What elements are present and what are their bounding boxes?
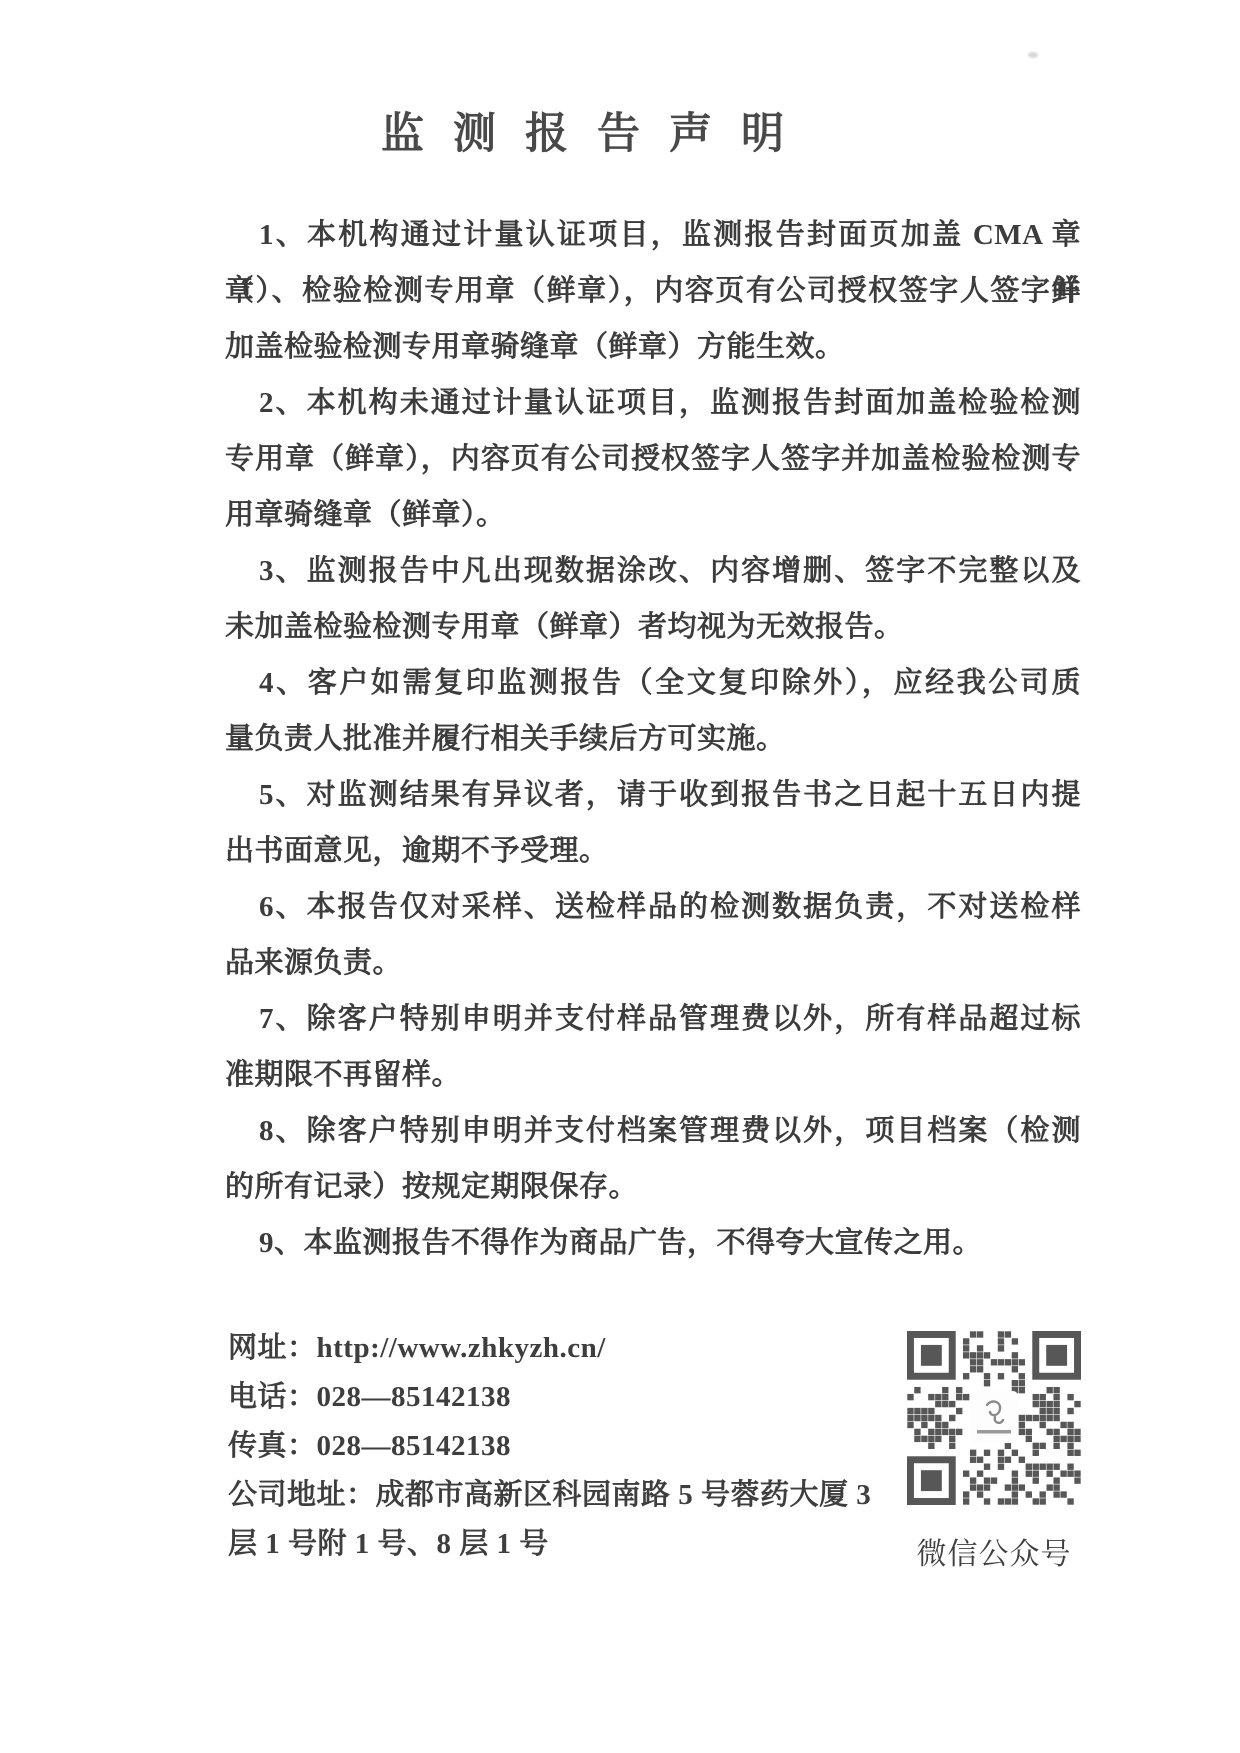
paragraph-number: 9、 bbox=[259, 1227, 304, 1259]
statement-line: 6、本报告仅对采样、送检样品的检测数据负责，不对送检样 bbox=[225, 879, 1081, 935]
paragraph-number: 2、 bbox=[259, 387, 307, 419]
statement-line: 的所有记录）按规定期限保存。 bbox=[225, 1159, 1081, 1215]
contact-value: 028—85142138 bbox=[317, 1430, 512, 1462]
contact-value: http://www.zhkyzh.cn/ bbox=[317, 1332, 606, 1364]
statement-line: 加盖检验检测专用章骑缝章（鲜章）方能生效。 bbox=[225, 319, 1081, 375]
statement-line: 用章骑缝章（鲜章）。 bbox=[225, 487, 1081, 543]
paragraph-number: 4、 bbox=[259, 667, 308, 699]
contact-label: 电话： bbox=[228, 1381, 317, 1413]
wechat-qr-code bbox=[907, 1331, 1081, 1505]
contact-block: 网址：http://www.zhkyzh.cn/电话：028—85142138传… bbox=[228, 1324, 908, 1569]
statement-line: 4、客户如需复印监测报告（全文复印除外），应经我公司质 bbox=[225, 655, 1081, 711]
contact-line: 公司地址：成都市高新区科园南路 5 号蓉药大厦 3 bbox=[228, 1471, 908, 1520]
statement-line: 2、本机构未通过计量认证项目，监测报告封面加盖检验检测 bbox=[225, 375, 1081, 431]
statement-body: 1、本机构通过计量认证项目，监测报告封面页加盖 CMA 章（鲜章）、检验检测专用… bbox=[225, 207, 1081, 1271]
statement-line: 品来源负责。 bbox=[225, 935, 1081, 991]
statement-line: 7、除客户特别申明并支付样品管理费以外，所有样品超过标 bbox=[225, 991, 1081, 1047]
contact-line: 电话：028—85142138 bbox=[228, 1373, 908, 1422]
paragraph-number: 5、 bbox=[259, 779, 307, 811]
statement-line: 准期限不再留样。 bbox=[225, 1047, 1081, 1103]
contact-line: 网址：http://www.zhkyzh.cn/ bbox=[228, 1324, 908, 1373]
contact-label: 网址： bbox=[228, 1332, 317, 1364]
statement-line: 章）、检验检测专用章（鲜章），内容页有公司授权签字人签字并 bbox=[225, 263, 1081, 319]
paragraph-number: 7、 bbox=[259, 1003, 307, 1035]
paragraph-number: 8、 bbox=[259, 1115, 307, 1147]
contact-label: 传真： bbox=[228, 1430, 317, 1462]
statement-line: 专用章（鲜章），内容页有公司授权签字人签字并加盖检验检测专 bbox=[225, 431, 1081, 487]
contact-line: 层 1 号附 1 号、8 层 1 号 bbox=[228, 1520, 908, 1569]
statement-line: 1、本机构通过计量认证项目，监测报告封面页加盖 CMA 章（鲜 bbox=[225, 207, 1081, 263]
report-statement-page: 监测报告声明 1、本机构通过计量认证项目，监测报告封面页加盖 CMA 章（鲜章）… bbox=[0, 0, 1240, 1753]
qr-caption-label: 微信公众号 bbox=[907, 1529, 1081, 1573]
wechat-qr-block: 微信公众号 bbox=[907, 1331, 1081, 1573]
statement-line: 3、监测报告中凡出现数据涂改、内容增删、签字不完整以及 bbox=[225, 543, 1081, 599]
contact-label: 公司地址： bbox=[228, 1479, 376, 1511]
page-title: 监测报告声明 bbox=[0, 100, 1194, 161]
statement-line: 未加盖检验检测专用章（鲜章）者均视为无效报告。 bbox=[225, 599, 1081, 655]
paragraph-number: 6、 bbox=[259, 891, 307, 923]
paragraph-number: 1、 bbox=[259, 219, 307, 251]
statement-line: 5、对监测结果有异议者，请于收到报告书之日起十五日内提 bbox=[225, 767, 1081, 823]
statement-line: 出书面意见，逾期不予受理。 bbox=[225, 823, 1081, 879]
statement-line: 量负责人批准并履行相关手续后方可实施。 bbox=[225, 711, 1081, 767]
contact-value: 028—85142138 bbox=[317, 1381, 512, 1413]
statement-line: 8、除客户特别申明并支付档案管理费以外，项目档案（检测 bbox=[225, 1103, 1081, 1159]
scan-speck bbox=[1028, 52, 1038, 58]
contact-value: 层 1 号附 1 号、8 层 1 号 bbox=[228, 1528, 549, 1560]
contact-value: 成都市高新区科园南路 5 号蓉药大厦 3 bbox=[376, 1479, 872, 1511]
paragraph-number: 3、 bbox=[259, 555, 307, 587]
statement-line: 9、本监测报告不得作为商品广告，不得夸大宣传之用。 bbox=[225, 1215, 1081, 1271]
contact-line: 传真：028—85142138 bbox=[228, 1422, 908, 1471]
